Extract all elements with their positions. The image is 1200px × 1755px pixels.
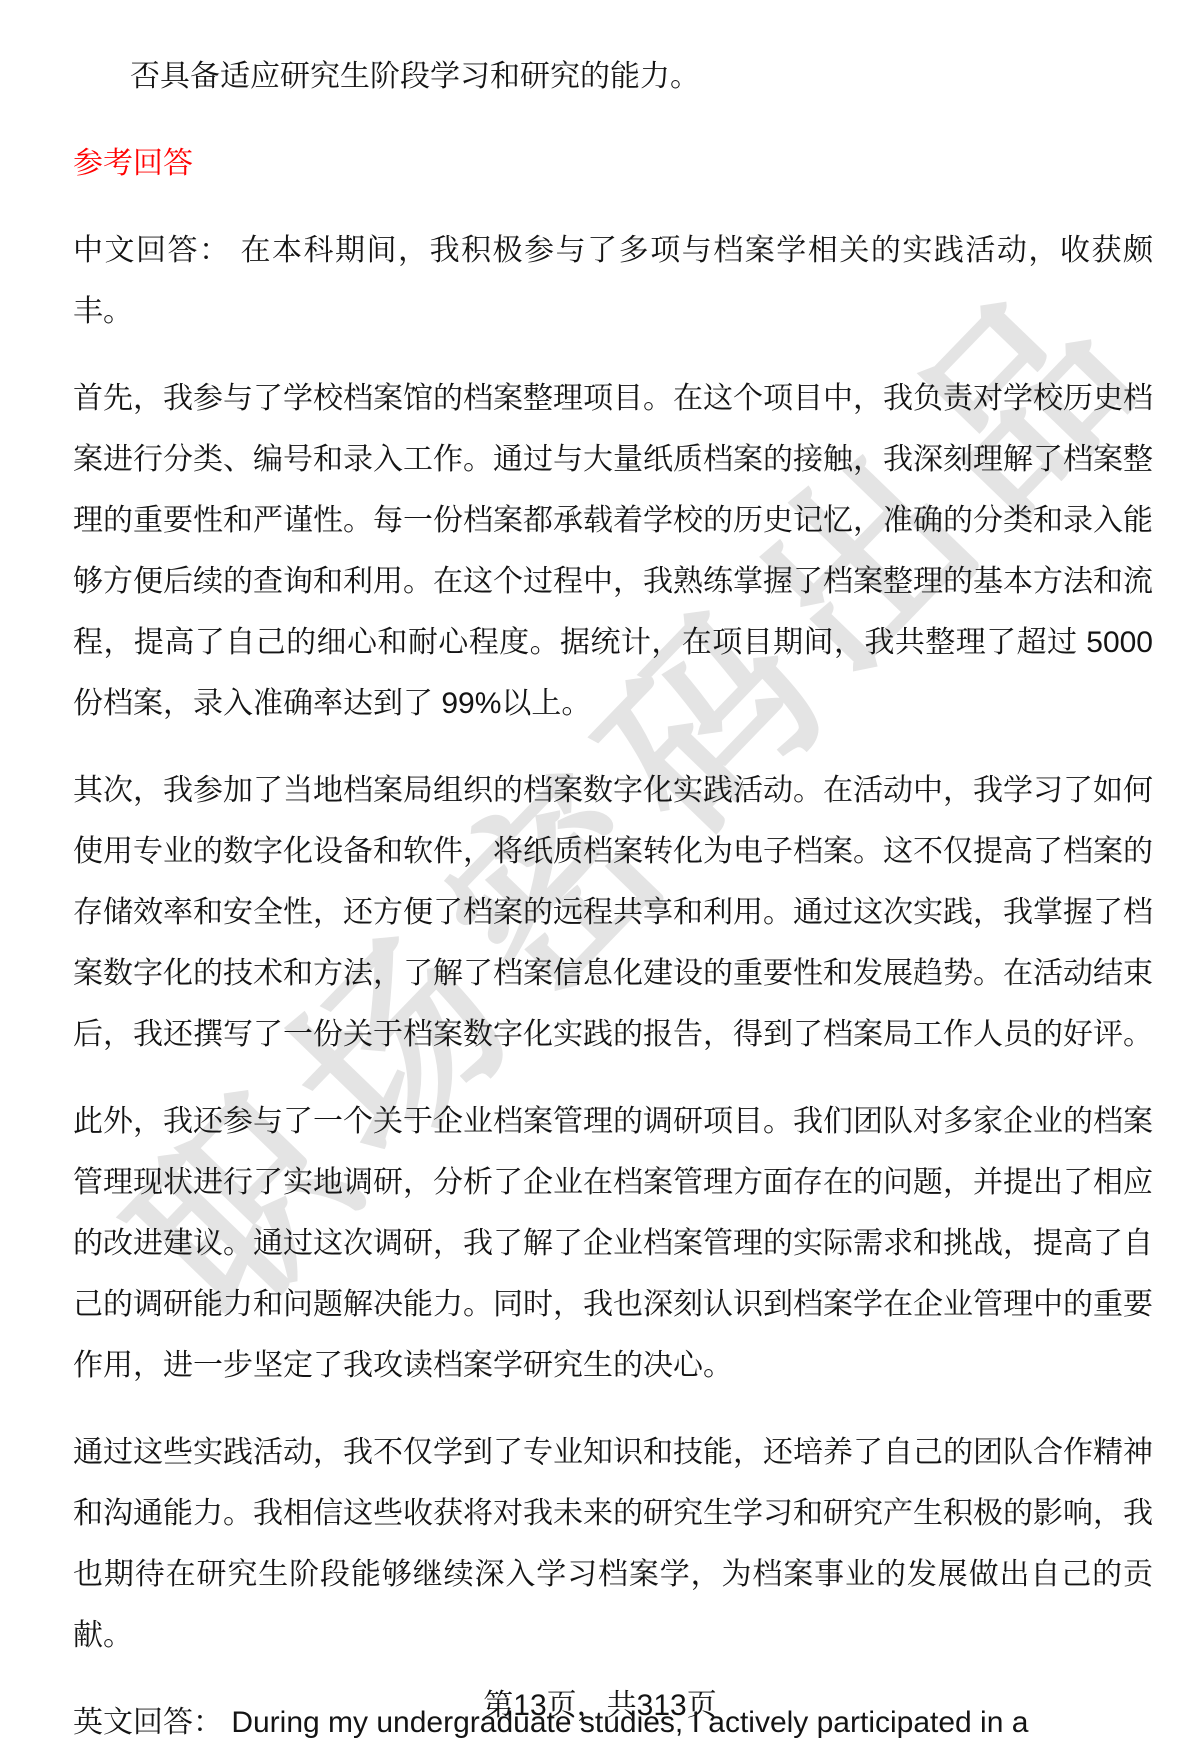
reference-answer-heading: 参考回答 (73, 133, 1153, 194)
page-number-footer: 第13页，共313页 (0, 1686, 1200, 1726)
page-content: 否具备适应研究生阶段学习和研究的能力。 参考回答 中文回答： 在本科期间，我积极… (73, 0, 1153, 1753)
paragraph-chinese-answer-lead: 中文回答： 在本科期间，我积极参与了多项与档案学相关的实践活动，收获颇丰。 (73, 220, 1153, 342)
document-page: 职场密码出品 否具备适应研究生阶段学习和研究的能力。 参考回答 中文回答： 在本… (0, 0, 1200, 1755)
paragraph-second-practice: 其次，我参加了当地档案局组织的档案数字化实践活动。在活动中，我学习了如何使用专业… (73, 760, 1153, 1065)
intro-continuation-line: 否具备适应研究生阶段学习和研究的能力。 (73, 46, 1153, 107)
paragraph-third-practice: 此外，我还参与了一个关于企业档案管理的调研项目。我们团队对多家企业的档案管理现状… (73, 1091, 1153, 1396)
paragraph-summary: 通过这些实践活动，我不仅学到了专业知识和技能，还培养了自己的团队合作精神和沟通能… (73, 1422, 1153, 1666)
paragraph-first-practice: 首先，我参与了学校档案馆的档案整理项目。在这个项目中，我负责对学校历史档案进行分… (73, 368, 1153, 734)
